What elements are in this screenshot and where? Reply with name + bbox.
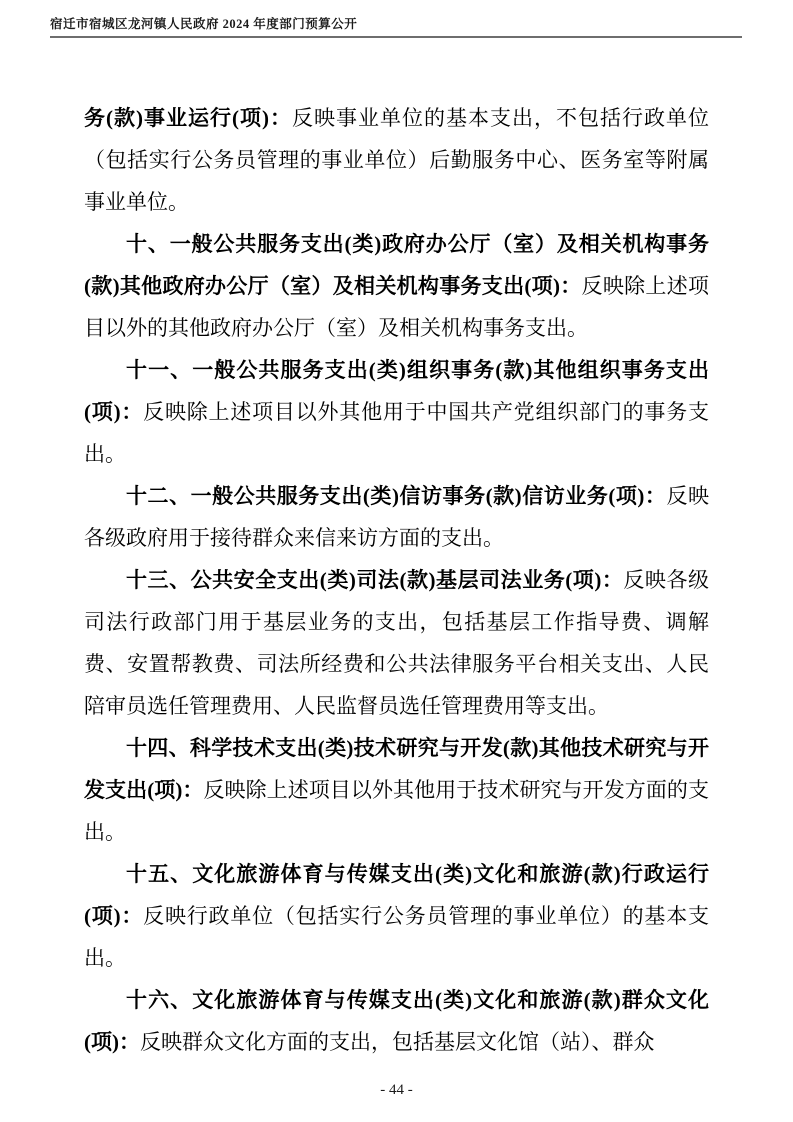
paragraph-item-14: 十四、科学技术支出(类)技术研究与开发(款)其他技术研究与开发支出(项)：反映除… (84, 727, 709, 853)
document-page: 宿迁市宿城区龙河镇人民政府 2024 年度部门预算公开 务(款)事业运行(项)：… (0, 0, 793, 1122)
paragraph-text: 反映除上述项目以外其他用于中国共产党组织部门的事务支出。 (84, 400, 709, 466)
paragraph-text: 反映群众文化方面的支出，包括基层文化馆（站）、群众 (140, 1030, 655, 1054)
paragraph-lead: 务(款)事业运行(项)： (84, 106, 292, 130)
paragraph-continuation: 务(款)事业运行(项)：反映事业单位的基本支出，不包括行政单位（包括实行公务员管… (84, 97, 709, 223)
paragraph-text: 反映行政单位（包括实行公务员管理的事业单位）的基本支出。 (84, 904, 709, 970)
paragraph-lead: 十二、一般公共服务支出(类)信访事务(款)信访业务(项)： (126, 484, 666, 508)
header-rule (50, 36, 742, 38)
paragraph-lead: 十三、公共安全支出(类)司法(款)基层司法业务(项)： (126, 568, 623, 592)
paragraph-item-16: 十六、文化旅游体育与传媒支出(类)文化和旅游(款)群众文化(项)：反映群众文化方… (84, 979, 709, 1063)
page-footer: - 44 - (0, 1080, 793, 1100)
paragraph-item-10: 十、一般公共服务支出(类)政府办公厅（室）及相关机构事务(款)其他政府办公厅（室… (84, 223, 709, 349)
paragraph-item-15: 十五、文化旅游体育与传媒支出(类)文化和旅游(款)行政运行(项)：反映行政单位（… (84, 853, 709, 979)
paragraph-item-12: 十二、一般公共服务支出(类)信访事务(款)信访业务(项)：反映各级政府用于接待群… (84, 475, 709, 559)
header-title: 宿迁市宿城区龙河镇人民政府 2024 年度部门预算公开 (50, 16, 742, 32)
page-number: - 44 - (380, 1082, 413, 1098)
paragraph-item-11: 十一、一般公共服务支出(类)组织事务(款)其他组织事务支出(项)：反映除上述项目… (84, 349, 709, 475)
page-header: 宿迁市宿城区龙河镇人民政府 2024 年度部门预算公开 (50, 16, 742, 38)
paragraph-item-13: 十三、公共安全支出(类)司法(款)基层司法业务(项)：反映各级司法行政部门用于基… (84, 559, 709, 727)
document-body: 务(款)事业运行(项)：反映事业单位的基本支出，不包括行政单位（包括实行公务员管… (84, 97, 709, 1063)
